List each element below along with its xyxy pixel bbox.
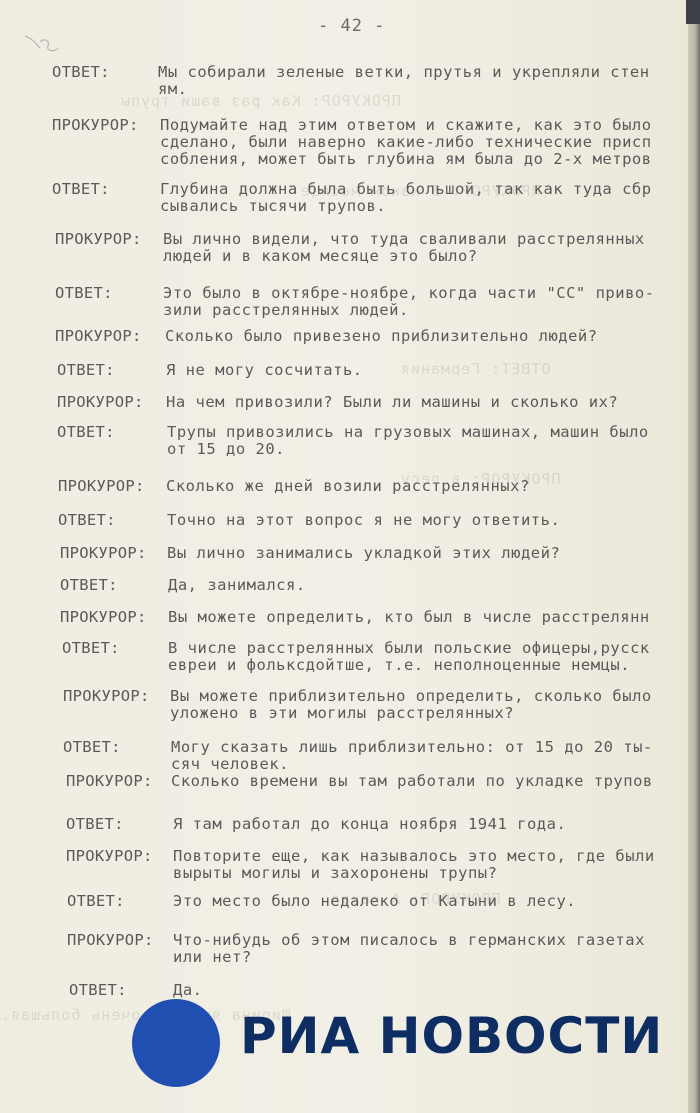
speaker-label: ОТВЕТ:	[52, 181, 110, 198]
statement-line: Это было в октябре-ноябре, когда части "…	[163, 285, 655, 302]
statement-line: евреи и фольксдойтше, т.е. неполноценные…	[168, 657, 630, 674]
speaker-label: ПРОКУРОР:	[57, 394, 144, 411]
speaker-label: ОТВЕТ:	[66, 816, 124, 833]
statement-line: Это место было недалеко от Катыни в лесу…	[173, 893, 576, 910]
pencil-annotation-icon	[22, 28, 62, 58]
ria-novosti-watermark: РИА НОВОСТИ	[130, 993, 690, 1093]
speaker-label: ОТВЕТ:	[57, 362, 115, 379]
speaker-label: ОТВЕТ:	[62, 640, 120, 657]
statement-line: Вы можете приблизительно определить, ско…	[170, 688, 652, 705]
bleed-through-text: ОТВЕТ: Германия	[400, 360, 550, 378]
statement-line: На чем привозили? Были ли машины и сколь…	[166, 394, 618, 411]
ria-novosti-wordmark: РИА НОВОСТИ	[240, 1007, 663, 1065]
statement-line: вырыты могилы и захоронены трупы?	[173, 865, 497, 882]
page-number: - 42 -	[318, 16, 385, 36]
statement-line: ям.	[158, 81, 188, 98]
statement-line: от 15 до 20.	[167, 441, 285, 458]
ria-globe-logo-icon	[130, 993, 226, 1089]
speaker-label: ОТВЕТ:	[55, 285, 113, 302]
statement-line: Глубина должна была быть большой, так ка…	[160, 181, 652, 198]
speaker-label: ОТВЕТ:	[58, 512, 116, 529]
statement-line: или нет?	[173, 949, 252, 966]
speaker-label: ПРОКУРОР:	[58, 478, 145, 495]
statement-line: Сколько же дней возили расстрелянных?	[166, 478, 530, 495]
statement-line: Могу сказать лишь приблизительно: от 15 …	[171, 739, 653, 756]
statement-line: Подумайте над этим ответом и скажите, ка…	[160, 117, 652, 134]
statement-line: Я не могу сосчитать.	[166, 362, 363, 379]
statement-line: сывались тысячи трупов.	[160, 198, 386, 215]
speaker-label: ПРОКУРОР:	[67, 932, 154, 949]
statement-line: собления, может быть глубина ям была до …	[160, 151, 652, 168]
speaker-label: ОТВЕТ:	[69, 982, 127, 999]
scanner-corner	[686, 0, 700, 24]
speaker-label: ОТВЕТ:	[67, 893, 125, 910]
statement-line: зили расстрелянных людей.	[163, 302, 409, 319]
statement-line: Сколько времени вы там работали по уклад…	[171, 773, 653, 790]
statement-line: Мы собирали зеленые ветки, прутья и укре…	[158, 64, 650, 81]
speaker-label: ОТВЕТ:	[52, 64, 110, 81]
statement-line: Вы лично видели, что туда сваливали расс…	[163, 231, 645, 248]
speaker-label: ПРОКУРОР:	[66, 773, 153, 790]
statement-line: Вы лично занимались укладкой этих людей?	[167, 545, 560, 562]
speaker-label: ОТВЕТ:	[63, 739, 121, 756]
statement-line: сяч человек.	[171, 756, 289, 773]
speaker-label: ПРОКУРОР:	[52, 117, 139, 134]
statement-line: Да, занимался.	[168, 577, 306, 594]
speaker-label: ПРОКУРОР:	[63, 688, 150, 705]
statement-line: Повторите еще, как называлось это место,…	[173, 848, 655, 865]
speaker-label: ПРОКУРОР:	[55, 231, 142, 248]
statement-line: Точно на этот вопрос я не могу ответить.	[167, 512, 560, 529]
speaker-label: ПРОКУРОР:	[66, 848, 153, 865]
speaker-label: ОТВЕТ:	[57, 424, 115, 441]
speaker-label: ОТВЕТ:	[60, 577, 118, 594]
statement-line: Что-нибудь об этом писалось в германских…	[173, 932, 645, 949]
statement-line: В числе расстрелянных были польские офиц…	[168, 640, 650, 657]
speaker-label: ПРОКУРОР:	[60, 545, 147, 562]
speaker-label: ПРОКУРОР:	[60, 609, 147, 626]
statement-line: Вы можете определить, кто был в числе ра…	[168, 609, 650, 626]
page-edge-shadow	[688, 0, 700, 1113]
statement-line: Сколько было привезено приблизительно лю…	[165, 328, 598, 345]
speaker-label: ПРОКУРОР:	[55, 328, 142, 345]
statement-line: сделано, были наверно какие-либо техниче…	[160, 134, 652, 151]
statement-line: уложено в эти могилы расстрелянных?	[170, 705, 514, 722]
statement-line: людей и в каком месяце это было?	[163, 248, 478, 265]
statement-line: Я там работал до конца ноября 1941 года.	[173, 816, 566, 833]
statement-line: Трупы привозились на грузовых машинах, м…	[167, 424, 649, 441]
